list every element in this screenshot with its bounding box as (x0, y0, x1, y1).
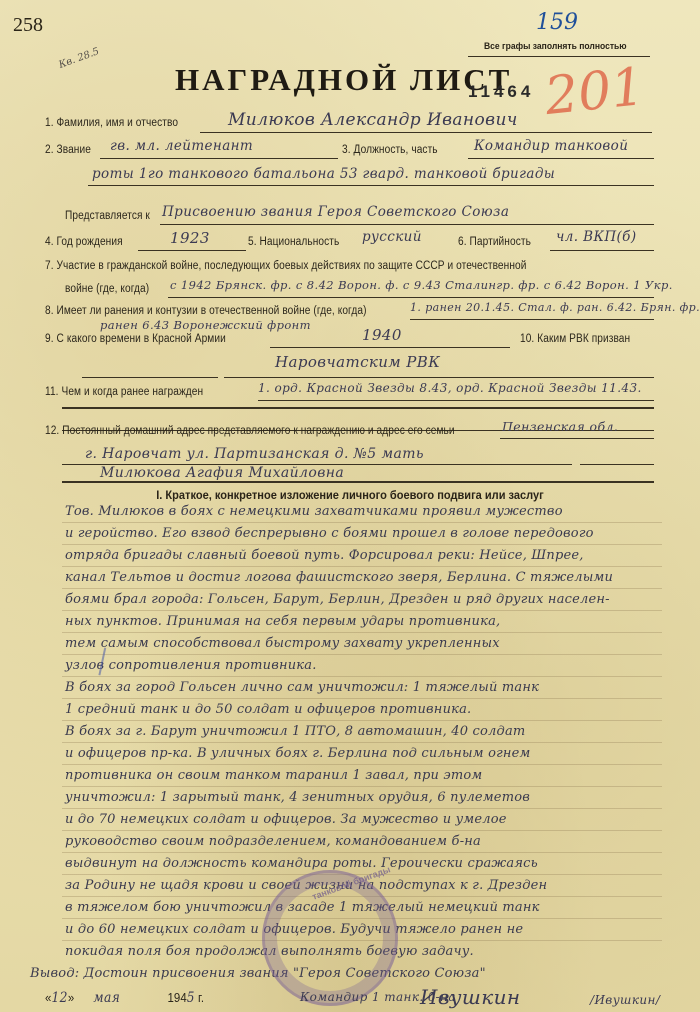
narrative-line: ных пунктов. Принимая на себя первым уда… (65, 614, 500, 629)
narrative-line: Тов. Милюков в боях с немецкими захватчи… (65, 504, 563, 519)
narrative-line: В боях за г. Барут уничтожил 1 ПТО, 8 ав… (65, 724, 525, 739)
presented-label: Представляется к (65, 210, 150, 222)
narrative-line: выдвинут на должность командира роты. Ге… (65, 856, 538, 871)
field-4-line (138, 250, 246, 251)
field-11-label: 11. Чем и когда ранее награжден (45, 386, 203, 398)
field-3-value: Командир танковой (474, 138, 628, 154)
narrative-line: и офицеров пр-ка. В уличных боях г. Берл… (65, 746, 531, 761)
presented-value: Присвоению звания Героя Советского Союза (162, 204, 509, 220)
narrative-line: противника он своим танком таранил 1 зав… (65, 768, 482, 783)
field-3-line (468, 158, 654, 159)
ruled-line (62, 632, 662, 633)
narrative-line: тем самым способствовал быстрому захвату… (65, 636, 500, 651)
field-11-line (258, 400, 654, 401)
narrative-line: 1 средний танк и до 50 солдат и офицеров… (65, 702, 471, 717)
date-year-suffix: 5 (187, 990, 195, 1006)
ruled-line (62, 610, 662, 611)
field-5-value: русский (362, 229, 422, 245)
date-block: «12» мая 1945 г. (45, 990, 204, 1006)
field-8-value: 1. ранен 20.1.45. Стал. ф. ран. 6.42. Бр… (410, 301, 700, 314)
field-12-label: 12. Постоянный домашний адрес представля… (45, 425, 455, 437)
ruled-line (62, 544, 662, 545)
field-6-line (550, 250, 654, 251)
field-8-label: 7.8. Имеет ли ранения и контузии в отече… (45, 305, 367, 317)
document-title: НАГРАДНОЙ ЛИСТ (175, 62, 512, 98)
date-g: г. (198, 990, 204, 1005)
field-1-value: Милюков Александр Иванович (228, 110, 518, 130)
ruled-line (62, 764, 662, 765)
ruled-line (62, 588, 662, 589)
field-12-line (500, 438, 654, 439)
field-12-cont-line-b (580, 464, 654, 465)
stamp-number: 11464 (468, 82, 534, 102)
presented-line (160, 224, 654, 225)
narrative-line: руководство своим подразделением, команд… (65, 834, 481, 849)
separator (62, 407, 654, 409)
date-month: мая (93, 990, 120, 1006)
field-3-value-cont: роты 1го танкового батальона 53 гвард. т… (92, 166, 555, 182)
field-10-label: 10. Каким РВК призван (520, 333, 630, 345)
field-8-line (410, 319, 654, 320)
date-day: 12 (51, 990, 67, 1006)
field-5-label: 5. Национальность (248, 236, 339, 248)
narrative-conclusion: Вывод: Достоин присвоения звания "Героя … (30, 966, 486, 981)
ruled-line (62, 698, 662, 699)
field-4-label: 4. Год рождения (45, 236, 123, 248)
field-7-line (168, 297, 654, 298)
instruction-underline (468, 56, 650, 57)
margin-note: Кв. 28.5 (57, 46, 100, 71)
field-12-value-cont2: Милюкова Агафия Михайловна (100, 465, 344, 481)
fill-instruction: Все графы заполнять полностью (484, 41, 627, 51)
date-year-prefix: 194 (167, 990, 186, 1005)
field-7-value: с 1942 Брянск. фр. с 8.42 Ворон. ф. с 9.… (170, 278, 673, 292)
field-9-line (270, 347, 510, 348)
field-6-label: 6. Партийность (458, 236, 531, 248)
field-12-value-cont: г. Наровчат ул. Партизанская д. №5 мать (85, 446, 424, 462)
field-10-value: Наровчатским РВК (275, 353, 440, 371)
field-2-line (100, 158, 338, 159)
field-1-line (200, 132, 652, 133)
ruled-line (62, 522, 662, 523)
ruled-line (62, 654, 662, 655)
narrative-line: боями брал города: Гольсен, Барут, Берли… (65, 592, 610, 607)
field-3-label: 3. Должность, часть (342, 144, 438, 156)
field-2-label: 2. Звание (45, 144, 91, 156)
field-10-line-a (82, 377, 218, 378)
field-6-value: чл. ВКП(б) (556, 229, 637, 245)
narrative-line: отряда бригады славный боевой путь. Форс… (65, 548, 584, 563)
field-8-value-cont: ранен 6.43 Воронежский фронт (100, 318, 311, 332)
field-10-line-b (224, 377, 654, 378)
narrative-line: и до 70 немецких солдат и офицеров. За м… (65, 812, 507, 827)
section-separator (62, 481, 654, 483)
field-7-label-cont: войне (где, когда) (65, 283, 149, 295)
sheet-number: 258 (13, 14, 43, 37)
narrative-line: канал Тельтов и достиг логова фашистског… (65, 570, 613, 585)
field-12-value: Пензенская обл. (502, 419, 618, 434)
ruled-line (62, 830, 662, 831)
ruled-line (62, 720, 662, 721)
signature: Ивушкин (420, 985, 520, 1009)
field-4-value: 1923 (170, 229, 210, 247)
ruled-line (62, 742, 662, 743)
field-1-label: 1. Фамилия, имя и отчество (45, 117, 178, 129)
field-2-value: гв. мл. лейтенант (110, 138, 253, 154)
archive-number-blue: 159 (536, 10, 578, 35)
section-heading: I. Краткое, конкретное изложение личного… (28, 488, 672, 502)
field-11-value: 1. орд. Красной Звезды 8.43, орд. Красно… (258, 381, 642, 395)
ruled-line (62, 852, 662, 853)
narrative-line: и геройство. Его взвод беспрерывно с боя… (65, 526, 594, 541)
signer-name: /Ивушкин/ (590, 993, 660, 1007)
field-3-cont-line (88, 185, 654, 186)
narrative-line: уничтожил: 1 зарытый танк, 4 зенитных ор… (65, 790, 530, 805)
ruled-line (62, 786, 662, 787)
field-9-label: 9. С какого времени в Красной Армии (45, 333, 226, 345)
red-pencil-mark: 201 (542, 57, 647, 127)
ruled-line (62, 566, 662, 567)
field-9-value: 1940 (362, 326, 402, 344)
field-7-label: 7. Участие в гражданской войне, последую… (45, 260, 526, 272)
ruled-line (62, 808, 662, 809)
